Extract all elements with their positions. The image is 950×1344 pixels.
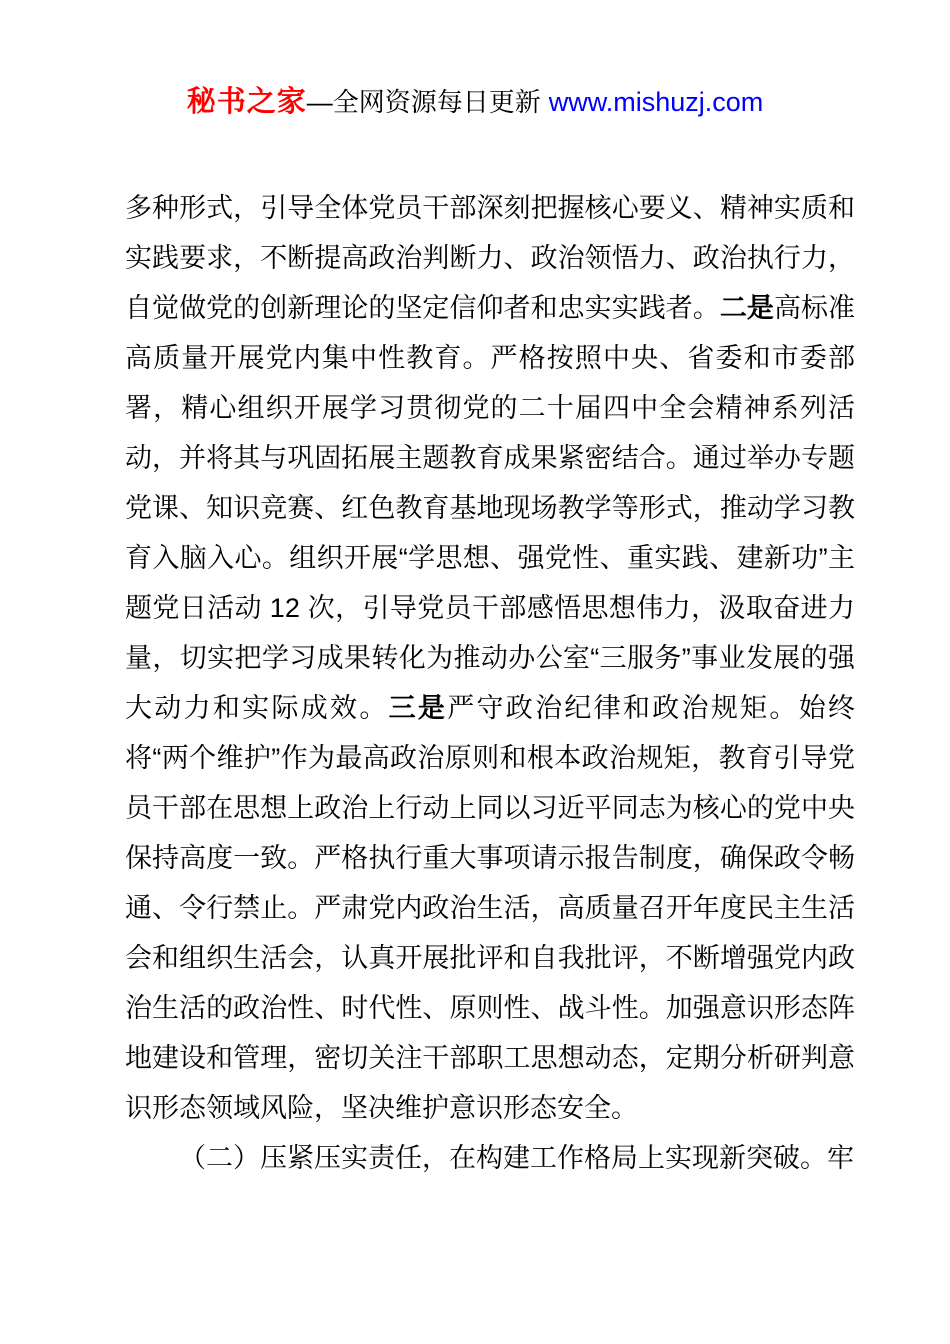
paragraph: 多种形式，引导全体党员干部深刻把握核心要义、精神实质和实践要求，不断提高政治判断… bbox=[125, 183, 855, 1133]
text-run: 严守政治纪律和政治规矩。始终将“两个维护”作为最高政治原则和根本政治规矩，教育引… bbox=[125, 693, 855, 1123]
bold-text-run: 三是 bbox=[389, 693, 448, 723]
bold-text-run: 二是 bbox=[720, 293, 774, 323]
site-tagline: —全网资源每日更新 bbox=[307, 87, 541, 117]
document-page: 秘书之家—全网资源每日更新www.mishuzj.com 多种形式，引导全体党员… bbox=[0, 0, 950, 1344]
document-body: 多种形式，引导全体党员干部深刻把握核心要义、精神实质和实践要求，不断提高政治判断… bbox=[125, 183, 855, 1183]
text-run: （二）压紧压实责任，在构建工作格局上实现新突破。牢 bbox=[179, 1143, 854, 1173]
text-run: 高标准高质量开展党内集中性教育。严格按照中央、省委和市委部署，精心组织开展学习贯… bbox=[125, 293, 855, 723]
site-brand: 秘书之家 bbox=[187, 86, 307, 118]
page-header: 秘书之家—全网资源每日更新www.mishuzj.com bbox=[0, 0, 950, 125]
site-url-link[interactable]: www.mishuzj.com bbox=[549, 87, 764, 117]
paragraph: （二）压紧压实责任，在构建工作格局上实现新突破。牢 bbox=[125, 1133, 855, 1183]
